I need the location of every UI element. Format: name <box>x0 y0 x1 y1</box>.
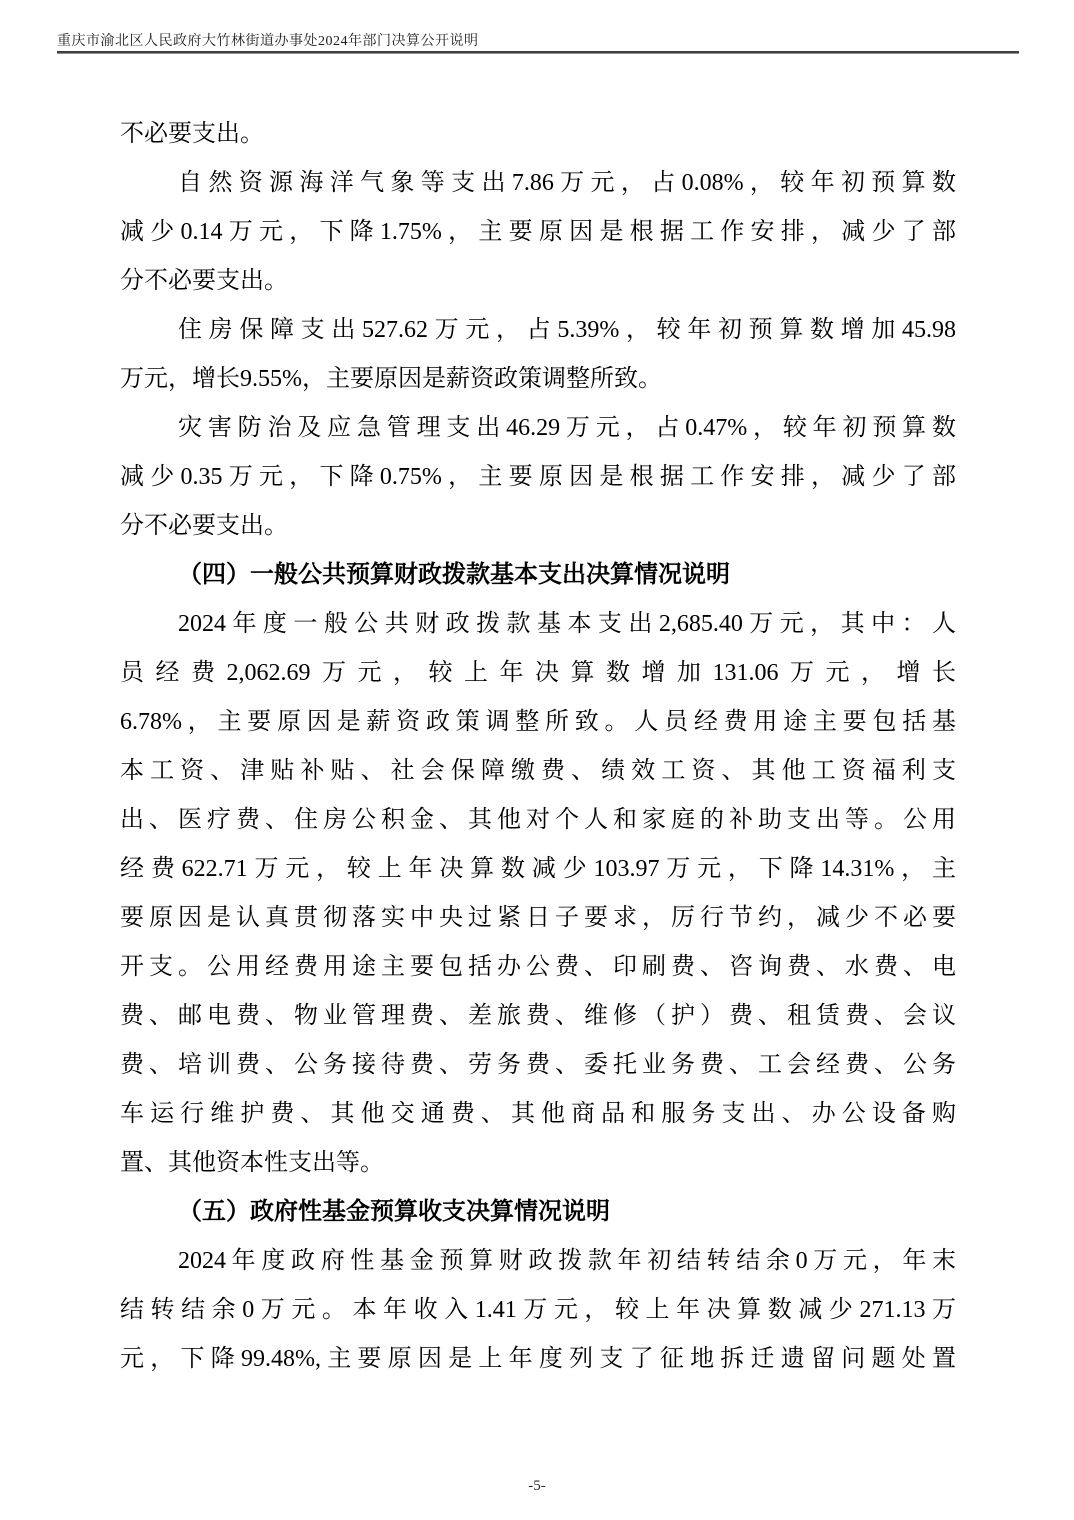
document-line: 灾害防治及应急管理支出46.29万元，占0.47%，较年初预算数 <box>120 404 956 453</box>
section-heading-5: （五）政府性基金预算收支决算情况说明 <box>120 1188 956 1237</box>
page-number: -5- <box>0 1478 1074 1495</box>
document-body: 不必要支出。 自然资源海洋气象等支出7.86万元，占0.08%，较年初预算数 减… <box>120 110 956 1384</box>
header-divider <box>57 51 1019 54</box>
document-line: 分不必要支出。 <box>120 257 956 306</box>
document-line: 元，下降99.48%,主要原因是上年度列支了征地拆迁遗留问题处置 <box>120 1335 956 1384</box>
document-header-title: 重庆市渝北区人民政府大竹林街道办事处2024年部门决算公开说明 <box>57 30 479 50</box>
document-line: 开支。公用经费用途主要包括办公费、印刷费、咨询费、水费、电 <box>120 943 956 992</box>
document-line: 分不必要支出。 <box>120 502 956 551</box>
document-page: 重庆市渝北区人民政府大竹林街道办事处2024年部门决算公开说明 不必要支出。 自… <box>0 0 1074 1520</box>
document-line: 要原因是认真贯彻落实中央过紧日子要求，厉行节约，减少不必要 <box>120 894 956 943</box>
document-line: 经费622.71万元，较上年决算数减少103.97万元，下降14.31%，主 <box>120 845 956 894</box>
document-line: 万元，增长9.55%，主要原因是薪资政策调整所致。 <box>120 355 956 404</box>
document-line: 6.78%，主要原因是薪资政策调整所致。人员经费用途主要包括基 <box>120 698 956 747</box>
document-line: 减少0.35万元，下降0.75%，主要原因是根据工作安排，减少了部 <box>120 453 956 502</box>
document-line: 减少0.14万元，下降1.75%，主要原因是根据工作安排，减少了部 <box>120 208 956 257</box>
document-line: 住房保障支出527.62万元，占5.39%，较年初预算数增加45.98 <box>120 306 956 355</box>
document-line: 员经费2,062.69万元，较上年决算数增加131.06万元，增长 <box>120 649 956 698</box>
document-line: 2024年度政府性基金预算财政拨款年初结转结余0万元，年末 <box>120 1237 956 1286</box>
document-line: 自然资源海洋气象等支出7.86万元，占0.08%，较年初预算数 <box>120 159 956 208</box>
document-line: 费、邮电费、物业管理费、差旅费、维修（护）费、租赁费、会议 <box>120 992 956 1041</box>
document-line: 车运行维护费、其他交通费、其他商品和服务支出、办公设备购 <box>120 1090 956 1139</box>
document-line: 2024年度一般公共财政拨款基本支出2,685.40万元，其中：人 <box>120 600 956 649</box>
section-heading-4: （四）一般公共预算财政拨款基本支出决算情况说明 <box>120 551 956 600</box>
document-line: 结转结余0万元。本年收入1.41万元，较上年决算数减少271.13万 <box>120 1286 956 1335</box>
document-line: 出、医疗费、住房公积金、其他对个人和家庭的补助支出等。公用 <box>120 796 956 845</box>
document-line: 置、其他资本性支出等。 <box>120 1139 956 1188</box>
document-line: 本工资、津贴补贴、社会保障缴费、绩效工资、其他工资福利支 <box>120 747 956 796</box>
document-line: 不必要支出。 <box>120 110 956 159</box>
document-line: 费、培训费、公务接待费、劳务费、委托业务费、工会经费、公务 <box>120 1041 956 1090</box>
